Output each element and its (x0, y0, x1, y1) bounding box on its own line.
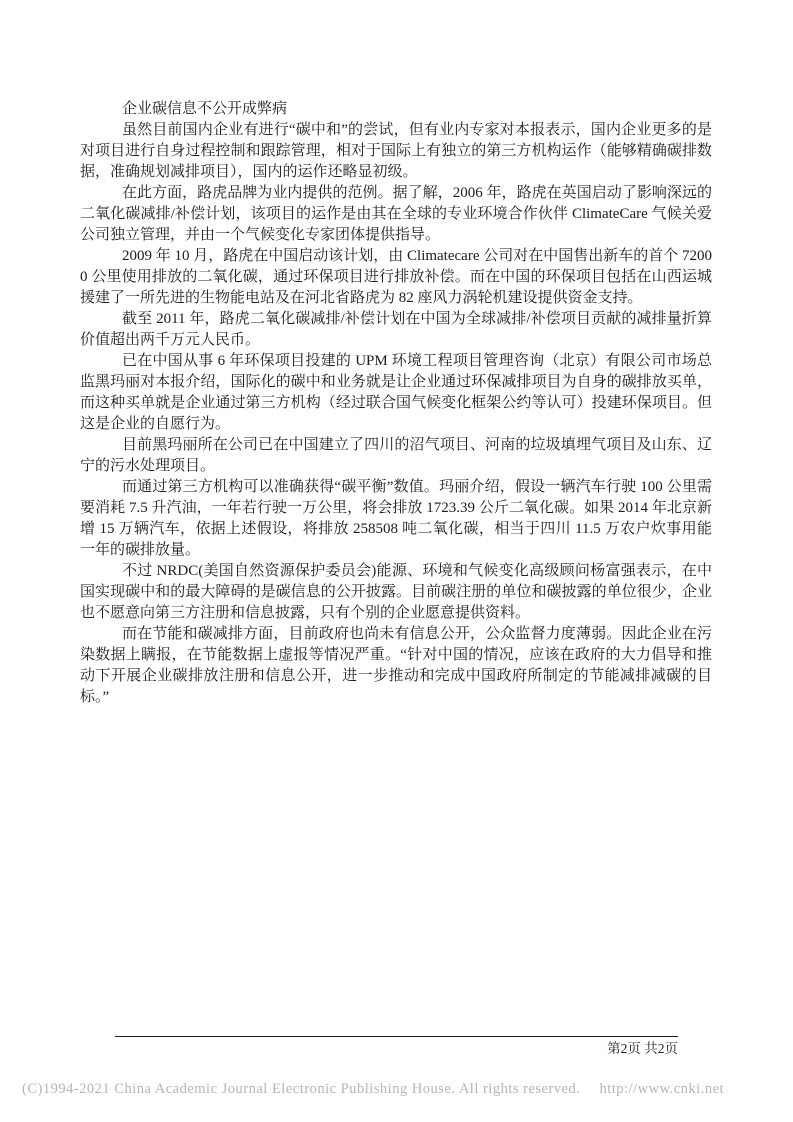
paragraph: 目前黑玛丽所在公司已在中国建立了四川的沼气项目、河南的垃圾填埋气项目及山东、辽宁… (80, 435, 712, 477)
paragraph: 2009 年 10 月，路虎在中国启动该计划，由 Climatecare 公司对… (80, 246, 712, 309)
paragraph: 而通过第三方机构可以准确获得“碳平衡”数值。玛丽介绍，假设一辆汽车行驶 100 … (80, 477, 712, 561)
paragraph: 已在中国从事 6 年环保项目投建的 UPM 环境工程项目管理咨询（北京）有限公司… (80, 351, 712, 435)
paragraph: 而在节能和碳减排方面，目前政府也尚未有信息公开，公众监督力度薄弱。因此企业在污染… (80, 624, 712, 708)
section-heading: 企业碳信息不公开成弊病 (80, 99, 712, 120)
document-page: 企业碳信息不公开成弊病 虽然目前国内企业有进行“碳中和”的尝试，但有业内专家对本… (0, 0, 793, 1122)
paragraph: 不过 NRDC(美国自然资源保护委员会)能源、环境和气候变化高级顾问杨富强表示，… (80, 561, 712, 624)
copyright-notice: (C)1994-2021 China Academic Journal Elec… (22, 1081, 580, 1097)
page-number: 第2页 共2页 (115, 1041, 678, 1056)
footer-divider (115, 1036, 678, 1037)
copyright-line: (C)1994-2021 China Academic Journal Elec… (22, 1080, 782, 1098)
paragraph: 在此方面，路虎品牌为业内提供的范例。据了解，2006 年，路虎在英国启动了影响深… (80, 183, 712, 246)
cnki-url: http://www.cnki.net (600, 1081, 725, 1097)
article-body: 企业碳信息不公开成弊病 虽然目前国内企业有进行“碳中和”的尝试，但有业内专家对本… (80, 99, 712, 708)
paragraph: 虽然目前国内企业有进行“碳中和”的尝试，但有业内专家对本报表示，国内企业更多的是… (80, 120, 712, 183)
paragraph: 截至 2011 年，路虎二氧化碳减排/补偿计划在中国为全球减排/补偿项目贡献的减… (80, 309, 712, 351)
